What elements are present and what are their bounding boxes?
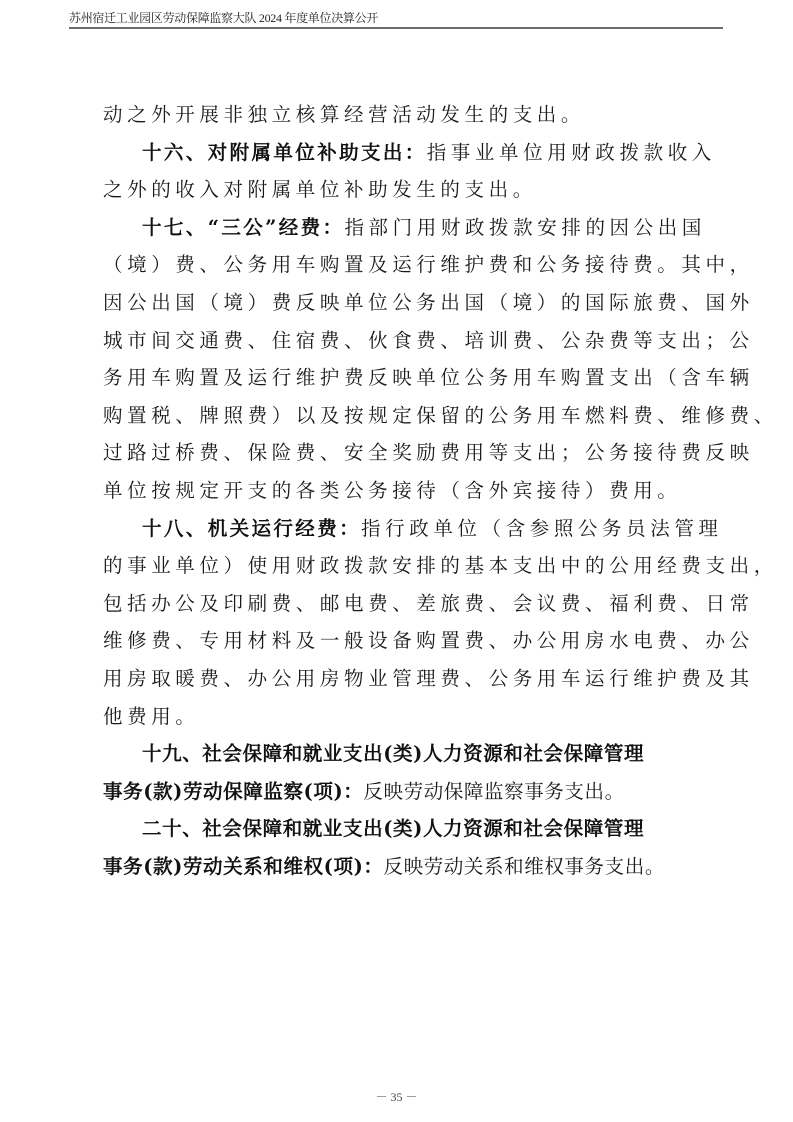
term-label: 十九、社会保障和就业支出(类)人力资源和社会保障管理 [142,742,644,765]
text-line: 单位按规定开支的各类公务接待（含外宾接待）费用。 [103,472,693,510]
header-divider [69,27,723,29]
text-line: 包括办公及印刷费、邮电费、差旅费、会议费、福利费、日常 [103,585,693,623]
term-label: 十七、“三公”经费： [142,216,344,239]
section-heading-16: 十六、对附属单位补助支出：指事业单位用财政拨款收入 [103,134,693,172]
text-line: 务用车购置及运行维护费反映单位公务用车购置支出（含车辆 [103,359,693,397]
text-line: 因公出国（境）费反映单位公务出国（境）的国际旅费、国外 [103,284,693,322]
page-number: － 35 － [0,1088,793,1105]
section-heading-17: 十七、“三公”经费：指部门用财政拨款安排的因公出国 [103,209,693,247]
document-body: 动之外开展非独立核算经营活动发生的支出。 十六、对附属单位补助支出：指事业单位用… [103,96,693,885]
term-label: 二十、社会保障和就业支出(类)人力资源和社会保障管理 [142,817,644,840]
text-line: 事务(款)劳动保障监察(项)：反映劳动保障监察事务支出。 [103,773,693,811]
text-line: 用房取暖费、办公用房物业管理费、公务用车运行维护费及其 [103,660,693,698]
text-line: 维修费、专用材料及一般设备购置费、办公用房水电费、办公 [103,622,693,660]
text-line: 他费用。 [103,698,693,736]
section-heading-19: 十九、社会保障和就业支出(类)人力资源和社会保障管理 [103,735,693,773]
running-header: 苏州宿迁工业园区劳动保障监察大队 2024 年度单位决算公开 [69,10,723,28]
section-heading-18: 十八、机关运行经费：指行政单位（含参照公务员法管理 [103,510,693,548]
term-label: 十六、对附属单位补助支出： [142,141,427,164]
text-line: （境）费、公务用车购置及运行维护费和公务接待费。其中， [103,246,693,284]
text-line: 动之外开展非独立核算经营活动发生的支出。 [103,96,693,134]
term-label: 事务(款)劳动关系和维权(项)： [103,855,384,878]
term-label: 事务(款)劳动保障监察(项)： [103,780,363,803]
text-line: 购置税、牌照费）以及按规定保留的公务用车燃料费、维修费、 [103,397,693,435]
text-line: 城市间交通费、住宿费、伙食费、培训费、公杂费等支出；公 [103,322,693,360]
section-heading-20: 二十、社会保障和就业支出(类)人力资源和社会保障管理 [103,810,693,848]
text-line: 之外的收入对附属单位补助发生的支出。 [103,171,693,209]
term-label: 十八、机关运行经费： [142,517,361,540]
text-line: 过路过桥费、保险费、安全奖励费用等支出；公务接待费反映 [103,434,693,472]
text-line: 事务(款)劳动关系和维权(项)：反映劳动关系和维权事务支出。 [103,848,693,886]
text-line: 的事业单位）使用财政拨款安排的基本支出中的公用经费支出， [103,547,693,585]
